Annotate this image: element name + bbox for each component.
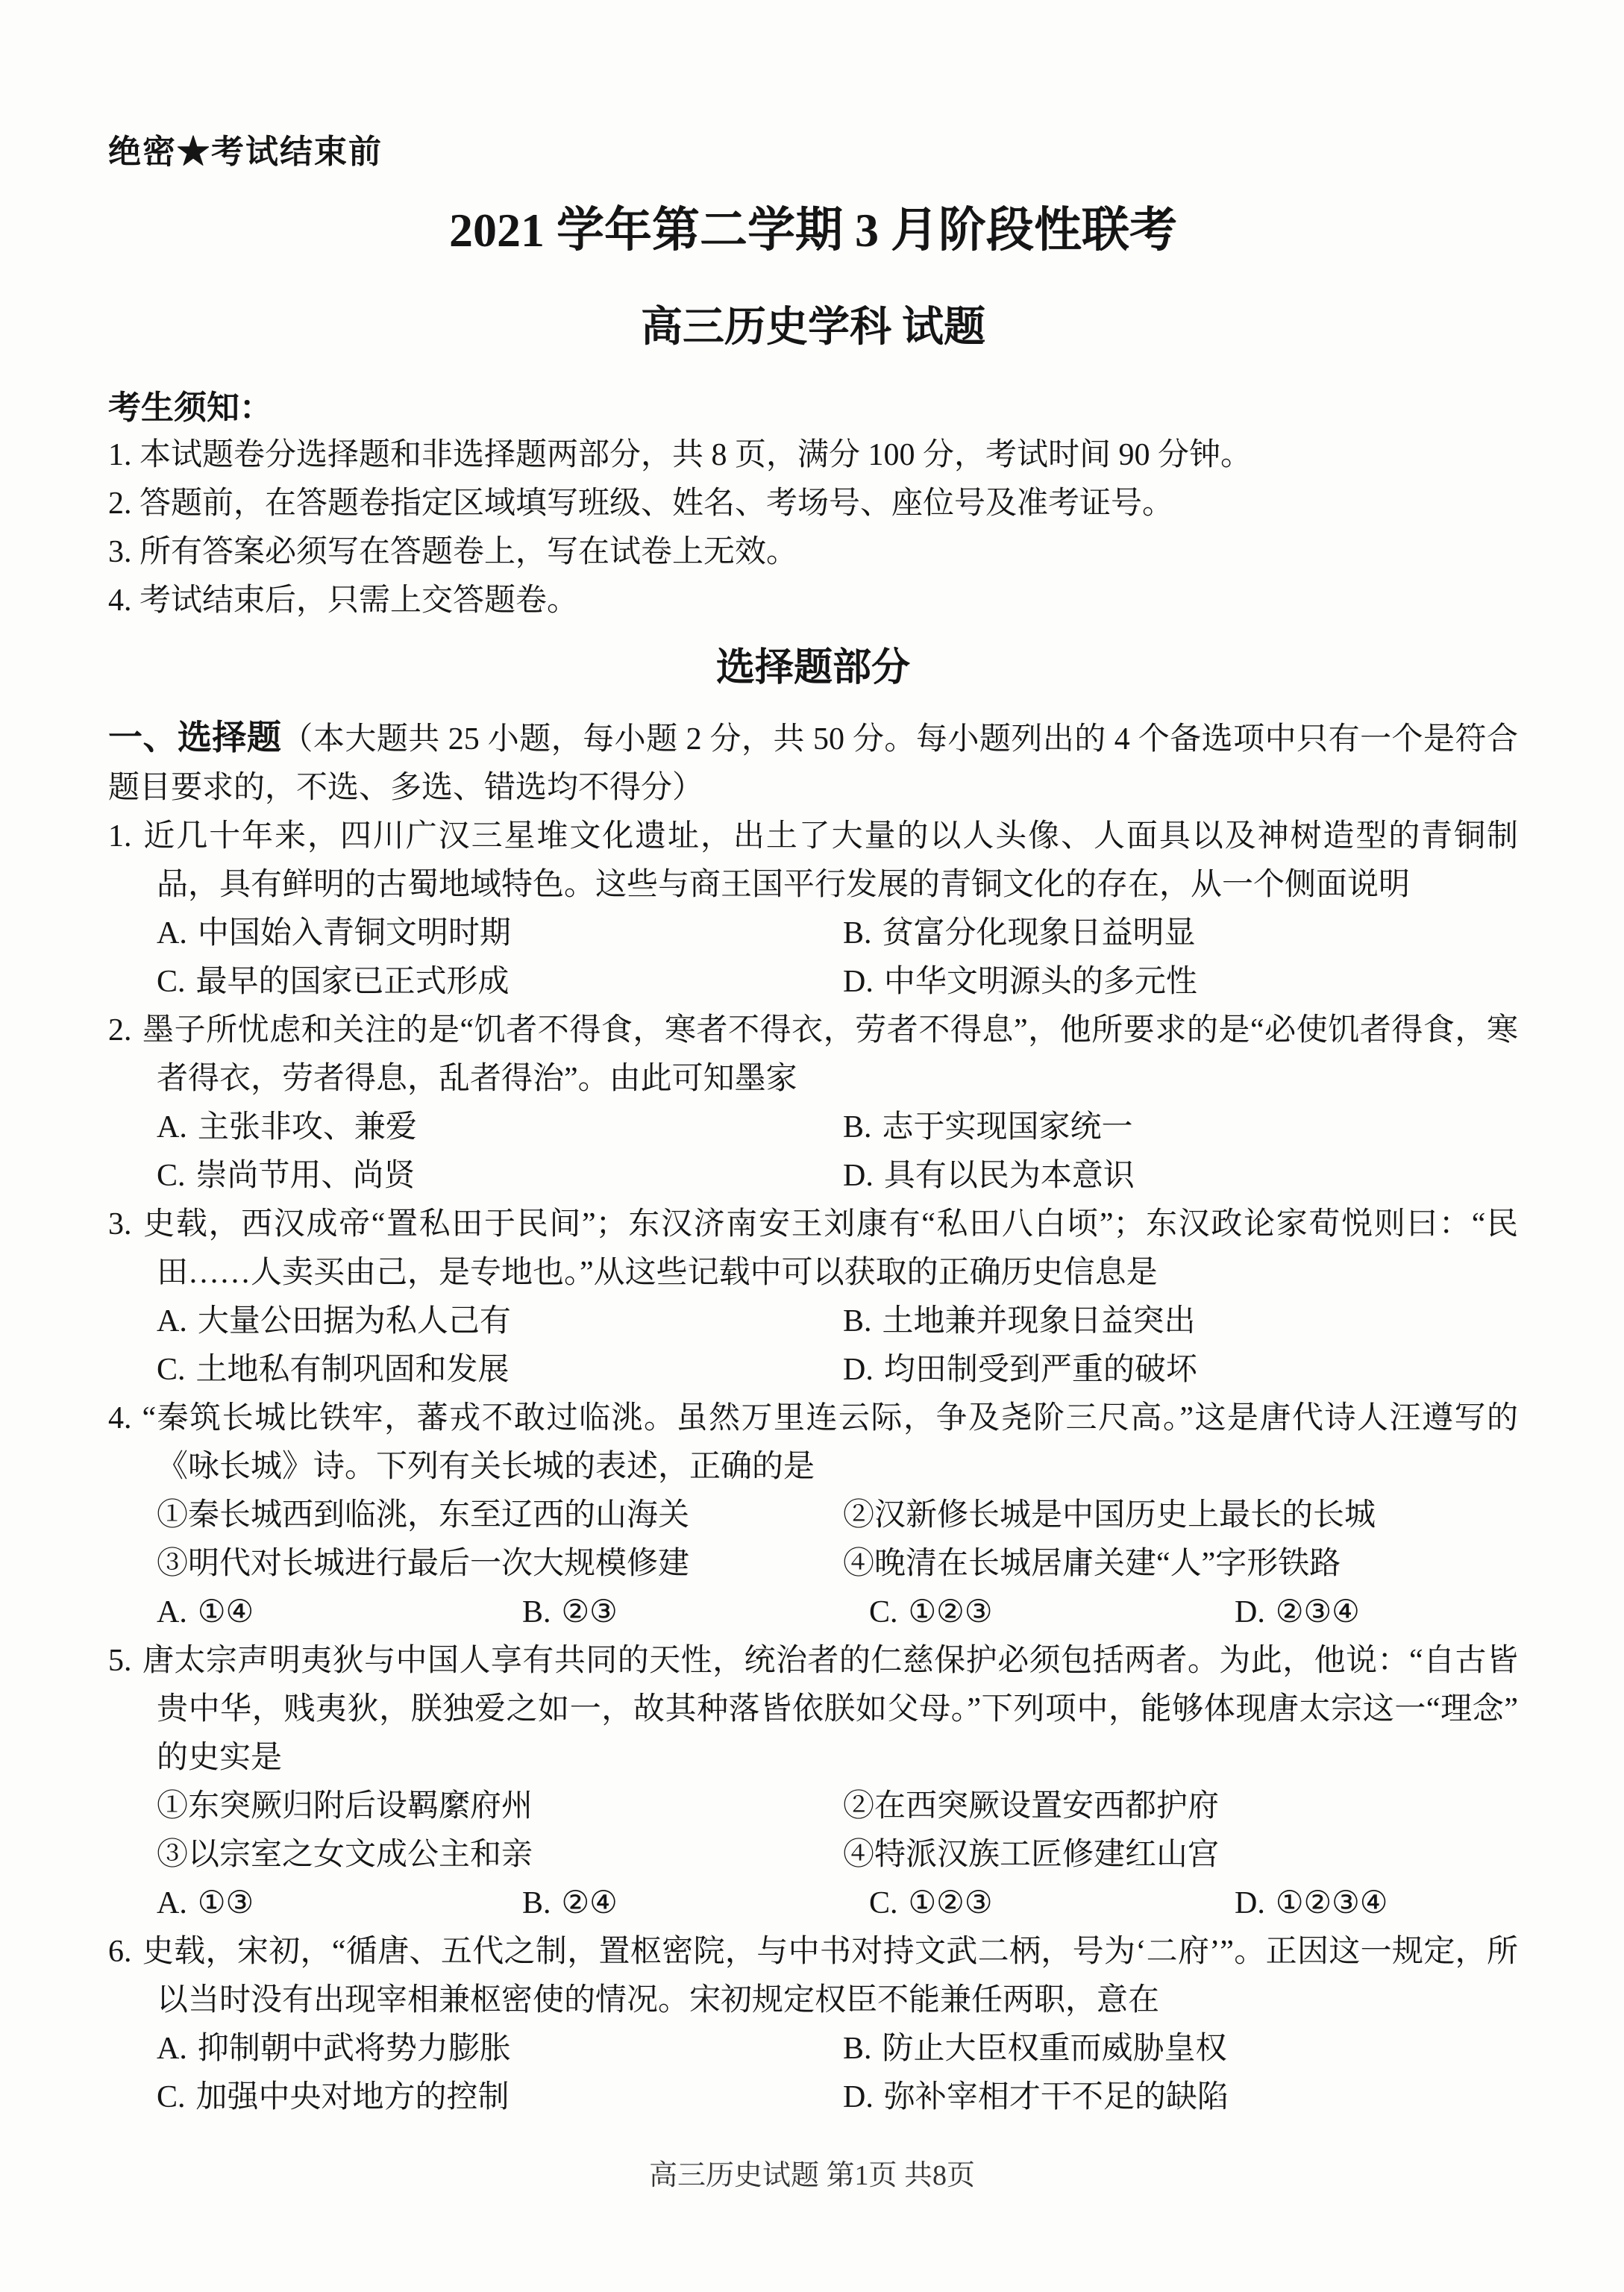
- question-4-suboptions-row-2: ③明代对长城进行最后一次大规模修建 ④晚清在长城居庸关建“人”字形铁路: [108, 1540, 1518, 1588]
- option-label: D.: [843, 1353, 874, 1387]
- question-5-text: 唐太宗声明夷狄与中国人享有共同的天性，统治者的仁慈保护必须包括两者。为此，他说：…: [142, 1644, 1519, 1775]
- option-text: 抑制朝中武将势力膨胀: [198, 2032, 511, 2066]
- option-text: 中国始入青铜文明时期: [198, 916, 511, 951]
- option-text: ①③: [198, 1886, 254, 1920]
- question-1-stem: 1.近几十年来，四川广汉三星堆文化遗址，出土了大量的以人头像、人面具以及神树造型…: [108, 812, 1518, 909]
- question-4-suboption-2: ②汉新修长城是中国历史上最长的长城: [843, 1491, 1518, 1540]
- option-text: 崇尚节用、尚贤: [196, 1159, 416, 1193]
- page-footer: 高三历史试题 第1页 共8页: [0, 2158, 1624, 2193]
- security-label: 绝密★考试结束前: [108, 133, 1518, 172]
- option-text: ①②③④: [1276, 1886, 1388, 1920]
- question-4-option-d: D.②③④: [1235, 1588, 1518, 1637]
- option-label: B.: [843, 2032, 872, 2066]
- question-4: 4.“秦筑长城比铁牢，蕃戎不敢过临洮。虽然万里连云际，争及尧阶三尺高。”这是唐代…: [108, 1394, 1518, 1637]
- option-label: C.: [157, 2080, 186, 2114]
- question-5-option-a: A.①③: [157, 1879, 522, 1928]
- question-2-options-row-2: C.崇尚节用、尚贤 D.具有以民为本意识: [108, 1152, 1518, 1200]
- question-5-stem: 5.唐太宗声明夷狄与中国人享有共同的天性，统治者的仁慈保护必须包括两者。为此，他…: [108, 1637, 1518, 1782]
- question-3-options-row-1: A.大量公田据为私人己有 B.土地兼并现象日益突出: [108, 1297, 1518, 1346]
- section-title: 选择题部分: [108, 645, 1518, 692]
- question-3-option-b: B.土地兼并现象日益突出: [843, 1297, 1518, 1346]
- question-6: 6.史载，宋初，“循唐、五代之制，置枢密院，与中书对持文武二柄，号为‘二府’”。…: [108, 1928, 1518, 2122]
- option-label: A.: [157, 1886, 187, 1920]
- option-text: 土地私有制巩固和发展: [196, 1353, 510, 1387]
- option-text: ②③: [562, 1595, 618, 1629]
- option-label: D.: [1235, 1595, 1265, 1629]
- question-1-option-a: A.中国始入青铜文明时期: [157, 909, 843, 958]
- question-1-options-row-1: A.中国始入青铜文明时期 B.贫富分化现象日益明显: [108, 909, 1518, 958]
- exam-title: 2021 学年第二学期 3 月阶段性联考: [108, 201, 1518, 260]
- option-text: 中华文明源头的多元性: [884, 965, 1197, 999]
- question-4-number: 4.: [108, 1401, 132, 1435]
- question-4-stem: 4.“秦筑长城比铁牢，蕃戎不敢过临洮。虽然万里连云际，争及尧阶三尺高。”这是唐代…: [108, 1394, 1518, 1491]
- question-2-text: 墨子所忧虑和关注的是“饥者不得食，寒者不得衣，劳者不得息”，他所要求的是“必使饥…: [142, 1013, 1519, 1096]
- option-label: B.: [522, 1886, 551, 1920]
- question-4-answers-row: A.①④ B.②③ C.①②③ D.②③④: [108, 1588, 1518, 1637]
- section-intro-note: （本大题共 25 小题，每小题 2 分，共 50 分。每小题列出的 4 个备选项…: [108, 722, 1518, 805]
- question-1-option-d: D.中华文明源头的多元性: [843, 958, 1518, 1006]
- question-6-options-row-2: C.加强中央对地方的控制 D.弥补宰相才干不足的缺陷: [108, 2073, 1518, 2122]
- page-content: 绝密★考试结束前 2021 学年第二学期 3 月阶段性联考 高三历史学科 试题 …: [108, 0, 1518, 2122]
- subject-title: 高三历史学科 试题: [108, 303, 1518, 352]
- option-label: B.: [843, 1110, 872, 1145]
- question-5: 5.唐太宗声明夷狄与中国人享有共同的天性，统治者的仁慈保护必须包括两者。为此，他…: [108, 1637, 1518, 1928]
- exam-paper-page: 绝密★考试结束前 2021 学年第二学期 3 月阶段性联考 高三历史学科 试题 …: [0, 0, 1624, 2292]
- question-5-option-c: C.①②③: [869, 1879, 1235, 1928]
- notice-item-1: 1. 本试题卷分选择题和非选择题两部分，共 8 页，满分 100 分，考试时间 …: [108, 431, 1518, 480]
- option-text: 大量公田据为私人己有: [198, 1304, 511, 1338]
- section-intro: 一、选择题（本大题共 25 小题，每小题 2 分，共 50 分。每小题列出的 4…: [108, 713, 1518, 812]
- question-4-text: “秦筑长城比铁牢，蕃戎不敢过临洮。虽然万里连云际，争及尧阶三尺高。”这是唐代诗人…: [142, 1401, 1519, 1484]
- question-5-suboption-4: ④特派汉族工匠修建红山宫: [843, 1831, 1518, 1879]
- option-text: 主张非攻、兼爱: [198, 1110, 417, 1145]
- option-text: 最早的国家已正式形成: [196, 965, 510, 999]
- question-1-text: 近几十年来，四川广汉三星堆文化遗址，出土了大量的以人头像、人面具以及神树造型的青…: [142, 819, 1519, 902]
- question-1: 1.近几十年来，四川广汉三星堆文化遗址，出土了大量的以人头像、人面具以及神树造型…: [108, 812, 1518, 1006]
- option-text: 土地兼并现象日益突出: [882, 1304, 1196, 1338]
- question-4-suboption-3: ③明代对长城进行最后一次大规模修建: [157, 1540, 843, 1588]
- question-4-suboptions-row-1: ①秦长城西到临洮，东至辽西的山海关 ②汉新修长城是中国历史上最长的长城: [108, 1491, 1518, 1540]
- notice-item-4: 4. 考试结束后，只需上交答题卷。: [108, 577, 1518, 625]
- option-label: B.: [843, 916, 872, 951]
- question-1-options-row-2: C.最早的国家已正式形成 D.中华文明源头的多元性: [108, 958, 1518, 1006]
- notice-list: 1. 本试题卷分选择题和非选择题两部分，共 8 页，满分 100 分，考试时间 …: [108, 431, 1518, 625]
- question-4-option-b: B.②③: [522, 1588, 869, 1637]
- option-text: 防止大臣权重而威胁皇权: [882, 2032, 1227, 2066]
- option-text: 志于实现国家统一: [882, 1110, 1133, 1145]
- question-6-options-row-1: A.抑制朝中武将势力膨胀 B.防止大臣权重而威胁皇权: [108, 2025, 1518, 2073]
- option-label: B.: [522, 1595, 551, 1629]
- option-label: C.: [157, 1353, 186, 1387]
- option-label: C.: [869, 1595, 898, 1629]
- option-text: 贫富分化现象日益明显: [882, 916, 1196, 951]
- question-3-options-row-2: C.土地私有制巩固和发展 D.均田制受到严重的破坏: [108, 1346, 1518, 1394]
- option-label: B.: [843, 1304, 872, 1338]
- question-5-answers-row: A.①③ B.②④ C.①②③ D.①②③④: [108, 1879, 1518, 1928]
- question-6-option-a: A.抑制朝中武将势力膨胀: [157, 2025, 843, 2073]
- question-2-option-a: A.主张非攻、兼爱: [157, 1103, 843, 1152]
- question-2-stem: 2.墨子所忧虑和关注的是“饥者不得食，寒者不得衣，劳者不得息”，他所要求的是“必…: [108, 1006, 1518, 1103]
- question-4-option-c: C.①②③: [869, 1588, 1235, 1637]
- question-2-option-b: B.志于实现国家统一: [843, 1103, 1518, 1152]
- question-2-number: 2.: [108, 1013, 132, 1048]
- option-text: 具有以民为本意识: [884, 1159, 1135, 1193]
- question-5-suboption-2: ②在西突厥设置安西都护府: [843, 1782, 1518, 1831]
- question-5-number: 5.: [108, 1644, 132, 1678]
- section-intro-heading: 一、选择题: [108, 718, 281, 757]
- question-5-suboptions-row-1: ①东突厥归附后设羁縻府州 ②在西突厥设置安西都护府: [108, 1782, 1518, 1831]
- question-5-suboptions-row-2: ③以宗室之女文成公主和亲 ④特派汉族工匠修建红山宫: [108, 1831, 1518, 1879]
- question-2-options-row-1: A.主张非攻、兼爱 B.志于实现国家统一: [108, 1103, 1518, 1152]
- question-3-number: 3.: [108, 1207, 132, 1241]
- question-2: 2.墨子所忧虑和关注的是“饥者不得食，寒者不得衣，劳者不得息”，他所要求的是“必…: [108, 1006, 1518, 1200]
- notice-item-2: 2. 答题前，在答题卷指定区域填写班级、姓名、考场号、座位号及准考证号。: [108, 480, 1518, 528]
- notice-item-3: 3. 所有答案必须写在答题卷上，写在试卷上无效。: [108, 528, 1518, 577]
- option-text: ①②③: [909, 1595, 993, 1629]
- option-label: A.: [157, 916, 187, 951]
- option-label: D.: [843, 1159, 874, 1193]
- question-5-suboption-3: ③以宗室之女文成公主和亲: [157, 1831, 843, 1879]
- option-label: D.: [1235, 1886, 1265, 1920]
- question-1-option-b: B.贫富分化现象日益明显: [843, 909, 1518, 958]
- question-1-option-c: C.最早的国家已正式形成: [157, 958, 843, 1006]
- option-label: C.: [157, 1159, 186, 1193]
- question-3-option-d: D.均田制受到严重的破坏: [843, 1346, 1518, 1394]
- question-6-stem: 6.史载，宋初，“循唐、五代之制，置枢密院，与中书对持文武二柄，号为‘二府’”。…: [108, 1928, 1518, 2025]
- question-3: 3.史载，西汉成帝“置私田于民间”；东汉济南安王刘康有“私田八白顷”；东汉政论家…: [108, 1200, 1518, 1394]
- option-label: D.: [843, 965, 874, 999]
- option-text: 弥补宰相才干不足的缺陷: [884, 2080, 1229, 2114]
- option-text: ①②③: [909, 1886, 993, 1920]
- option-label: C.: [157, 965, 186, 999]
- question-5-option-b: B.②④: [522, 1879, 869, 1928]
- question-3-text: 史载，西汉成帝“置私田于民间”；东汉济南安王刘康有“私田八白顷”；东汉政论家荀悦…: [142, 1207, 1519, 1290]
- question-3-stem: 3.史载，西汉成帝“置私田于民间”；东汉济南安王刘康有“私田八白顷”；东汉政论家…: [108, 1200, 1518, 1297]
- option-text: ②③④: [1276, 1595, 1360, 1629]
- option-label: A.: [157, 2032, 187, 2066]
- option-text: ②④: [562, 1886, 618, 1920]
- option-text: ①④: [198, 1595, 254, 1629]
- question-2-option-d: D.具有以民为本意识: [843, 1152, 1518, 1200]
- notice-header: 考生须知：: [108, 385, 1518, 431]
- question-1-number: 1.: [108, 819, 132, 854]
- question-6-option-d: D.弥补宰相才干不足的缺陷: [843, 2073, 1518, 2122]
- question-6-text: 史载，宋初，“循唐、五代之制，置枢密院，与中书对持文武二柄，号为‘二府’”。正因…: [142, 1935, 1519, 2017]
- question-4-suboption-1: ①秦长城西到临洮，东至辽西的山海关: [157, 1491, 843, 1540]
- question-6-option-c: C.加强中央对地方的控制: [157, 2073, 843, 2122]
- question-4-option-a: A.①④: [157, 1588, 522, 1637]
- question-6-option-b: B.防止大臣权重而威胁皇权: [843, 2025, 1518, 2073]
- question-3-option-c: C.土地私有制巩固和发展: [157, 1346, 843, 1394]
- option-text: 加强中央对地方的控制: [196, 2080, 510, 2114]
- option-label: C.: [869, 1886, 898, 1920]
- option-label: A.: [157, 1110, 187, 1145]
- questions-area: 一、选择题（本大题共 25 小题，每小题 2 分，共 50 分。每小题列出的 4…: [108, 713, 1518, 2122]
- option-label: A.: [157, 1304, 187, 1338]
- question-5-option-d: D.①②③④: [1235, 1879, 1518, 1928]
- question-3-option-a: A.大量公田据为私人己有: [157, 1297, 843, 1346]
- question-2-option-c: C.崇尚节用、尚贤: [157, 1152, 843, 1200]
- option-label: D.: [843, 2080, 874, 2114]
- option-text: 均田制受到严重的破坏: [884, 1353, 1197, 1387]
- option-label: A.: [157, 1595, 187, 1629]
- question-6-number: 6.: [108, 1935, 132, 1969]
- question-5-suboption-1: ①东突厥归附后设羁縻府州: [157, 1782, 843, 1831]
- question-4-suboption-4: ④晚清在长城居庸关建“人”字形铁路: [843, 1540, 1518, 1588]
